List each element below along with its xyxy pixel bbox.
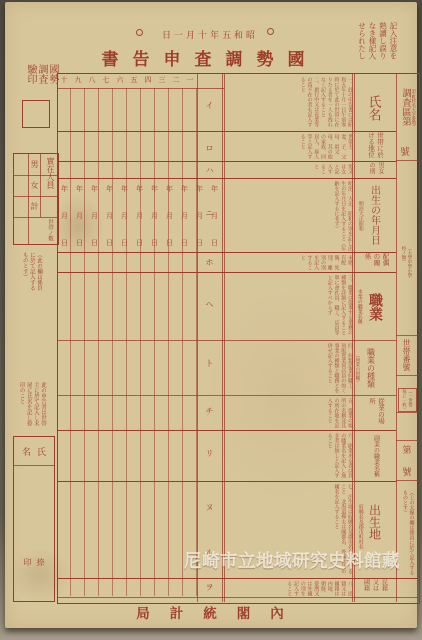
official-entry-note: （上の太線の欄は係員に於て記入するものとす） [398,490,416,576]
tally-row-male: 男 [29,159,40,170]
field-label-register-nationality: 民籍又は國籍 [356,579,394,595]
field-label-workplace: 從業の場所 [362,398,390,426]
field-marker-kana: ヘ [197,299,222,310]
field-instructions: 八、民籍又は國籍は内地、朝鮮、臺灣又は外國の別を記入すること [224,580,354,597]
field-marker-kana: リ [197,448,222,459]
field-marker-kana: ニ [197,208,222,219]
field-marker-kana: ロ [197,143,222,154]
field-instructions: 六、副業ある者は其の職業名を記入し無き者は無しと記入すること [224,432,354,481]
publisher: 局計統閣內 [105,602,315,622]
person-column-number: 九 [71,74,85,87]
field-label-occupation: 職業 [364,288,384,326]
field-instructions: 一、此の申告書には昭和五年十月一日午前零時に於て此の世帯に在りたる者を一人も洩れ… [224,76,354,131]
entry-caution-note: 記入注意を熟讀し誤りなき樣記入せられたし [352,22,398,66]
field-instructions: 世帯主、妻、子、父母、祖父母、其の他の家族、同居人、雇人等と記入すること [224,133,354,161]
field-instructions: 明治、大正、昭和の別を記し出生の年月日を記入すること（年齢を記入するに非ず） [224,180,354,252]
birthdate-cell-row: 日日日日日日日日日日日 [57,238,222,248]
person-columns-grid [57,88,197,596]
field-sidenote-occupation-kind: （何業の何職） [354,346,362,392]
field-label-household-position: 世帯に於ける地位 [356,132,394,159]
person-column-number: 六 [113,74,127,87]
school-note: （大學中學小學校ノ類） [398,246,416,278]
field-marker-kana: ハ [197,165,222,176]
person-column-number: 三 [155,74,169,87]
registration-circle-icon [136,29,143,36]
census-form-scan: 日一月十年五和昭 書告申査調勢國 記入注意を熟讀し誤りなき樣記入せられたし 國勢… [0,0,422,640]
field-label-occupation-kind: 職業の種類 [362,344,380,392]
field-label-birthdate: 出生の年月日 [366,182,382,248]
field-label-marital-status: 配偶の關係 [358,253,394,270]
field-label-sex: 男女の別 [358,162,394,176]
signature-seal-label: 印捺 [14,557,54,568]
field-instructions: 五、從業の場所の名稱及其の所在地を記入すること [224,397,354,430]
field-label-side-job: 副業の職業名稱 [362,434,390,478]
field-marker-kana: ホ [197,257,222,268]
person-column-number: 十 [57,74,71,87]
birthdate-cell-row: 年年年年年年年年年年年 [57,184,222,194]
field-sidenote-era: 明治大正昭和 [355,186,364,246]
field-sidenote-main-occupation: 本業の職業名稱 [354,276,363,336]
sheet-number-suffix: 號 [401,465,413,478]
field-instructions: 未婚、有配偶、死別、離別の別を記入すること [224,254,354,272]
address-note: （市町村名大字番地） [411,78,417,136]
signature-instruction-note: 此の申告書は世帯主に於て記入し末尾に氏名を記し捺印のこと [18,382,46,430]
tally-row-female: 女 [29,180,40,191]
person-column-number: 一 [183,74,197,87]
field-marker-kana: イ [197,100,222,111]
household-number-label: 世帯番號 [400,336,413,374]
sheet-number-prefix: 第 [401,443,413,456]
field-label-birthplace: 出生地 [366,498,384,546]
field-marker-kana: ト [197,358,222,369]
stamp-box [22,100,50,128]
person-column-number: 七 [99,74,113,87]
person-column-number: 五 [127,74,141,87]
tally-side-header: 實在人員 [42,157,56,215]
person-column-number: 八 [85,74,99,87]
field-label-name: 氏名 [363,88,385,128]
survey-district-label: 調査區第 [399,78,411,136]
tally-row-total: 計 [29,201,40,212]
official-use-note: （此の欄は係員に於て記入するものとす） [16,252,42,294]
field-marker-kana: ヌ [197,502,222,513]
tally-household-count: 世帯ノ數 [32,219,54,243]
per-sheet-note: （一世帯毎に一枚） [398,388,417,412]
tally-table: 男 女 計 實在人員 世帯ノ數 [13,153,59,245]
archive-stamp-watermark: 尼崎市立地域研究史料館藏 [184,548,400,573]
signature-box-label: 名氏 [14,445,54,458]
person-numbers-row: 一二三四五六七八九十 [57,74,197,87]
field-instructions: 四、何製造業何職工、何販賣業何店員の如く事業の種類と職務とを併せ記入すること [224,342,354,395]
registration-circle-icon [267,28,274,35]
survey-district-number-suffix: 號 [399,144,411,158]
field-instructions: 男又は女と記入すること [224,163,354,178]
field-marker-kana: ヲ [197,582,222,593]
signature-box: 名氏 印捺 [13,436,55,602]
field-instructions: 三、職業は從事する業務の種類を詳細に記入すること 單に會社員、職工、店員等と記入… [224,274,354,340]
page-title: 書告申査調勢國 [60,45,360,70]
field-marker-kana: チ [197,406,222,417]
person-column-number: 二 [169,74,183,87]
person-column-number: 四 [141,74,155,87]
inspection-stamp-label: 國勢調査驗印 [28,64,58,92]
